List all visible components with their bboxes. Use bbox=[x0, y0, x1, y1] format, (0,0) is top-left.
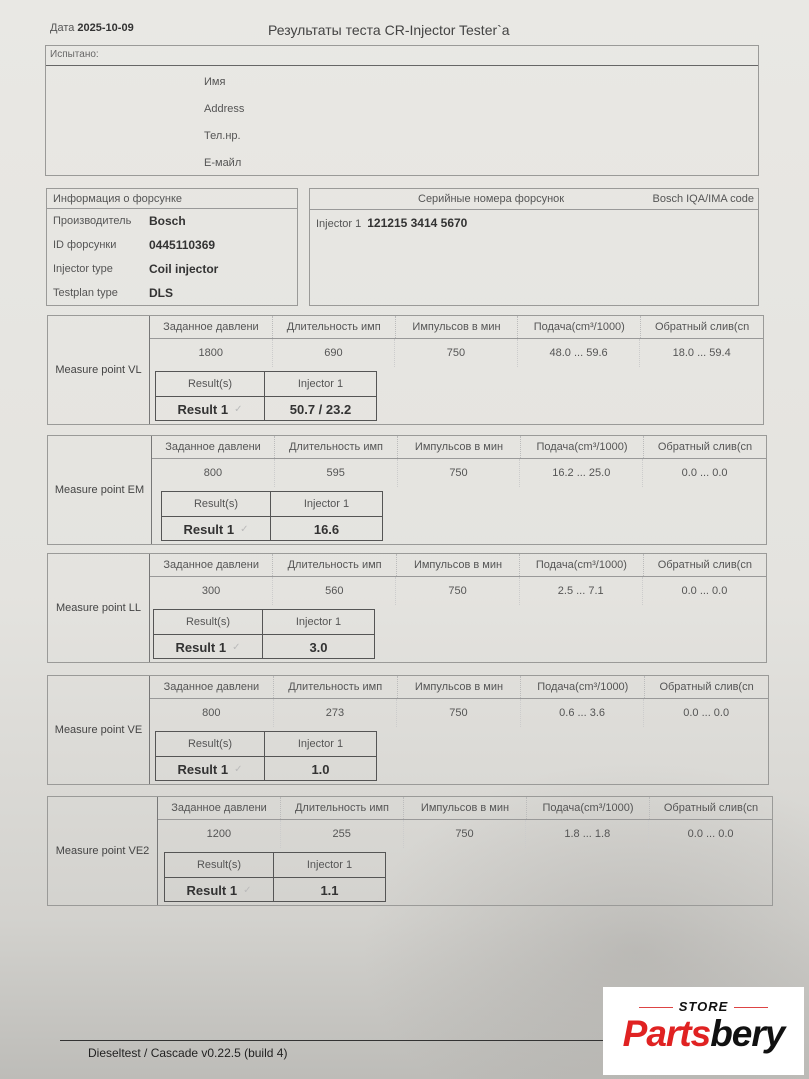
info-value: 0445110369 bbox=[149, 238, 215, 252]
logo-brand-red: Parts bbox=[623, 1013, 711, 1054]
check-icon: ✓ bbox=[243, 885, 251, 896]
result-table: Result(s)Injector 1Result 1✓1.0 bbox=[155, 731, 377, 781]
result-label-cell: Result 1✓ bbox=[162, 517, 271, 541]
value-cell: 800 bbox=[152, 459, 275, 487]
measure-point-name: Measure point VE2 bbox=[48, 797, 158, 905]
value-cell: 1.8 ... 1.8 bbox=[526, 820, 649, 848]
result-header-right: Injector 1 bbox=[265, 372, 376, 396]
value-cell: 0.0 ... 0.0 bbox=[643, 459, 766, 487]
column-header-row: Заданное давлениДлительность импИмпульсо… bbox=[152, 436, 766, 459]
info-value: Bosch bbox=[149, 214, 186, 228]
logo-brand-black: bery bbox=[710, 1013, 784, 1054]
result-header-left: Result(s) bbox=[156, 732, 265, 756]
value-cell: 18.0 ... 59.4 bbox=[640, 339, 763, 367]
value-cell: 255 bbox=[281, 820, 404, 848]
value-row: 180069075048.0 ... 59.618.0 ... 59.4 bbox=[150, 339, 763, 367]
column-header: Подача(cm³/1000) bbox=[521, 436, 644, 458]
partsbery-logo: STORE Partsbery bbox=[603, 987, 804, 1075]
value-cell: 750 bbox=[398, 459, 521, 487]
serials-heading: Серийные номера форсунок Bosch IQA/IMA c… bbox=[310, 189, 758, 210]
report-date: Дата 2025-10-09 bbox=[50, 22, 134, 34]
column-header: Обратный слив(cn bbox=[644, 554, 766, 576]
value-row: 12002557501.8 ... 1.80.0 ... 0.0 bbox=[158, 820, 772, 848]
value-cell: 560 bbox=[273, 577, 396, 605]
column-header-row: Заданное давлениДлительность импИмпульсо… bbox=[150, 554, 766, 577]
value-cell: 750 bbox=[404, 820, 527, 848]
info-value: Coil injector bbox=[149, 262, 218, 276]
value-cell: 595 bbox=[275, 459, 398, 487]
result-table: Result(s)Injector 1Result 1✓16.6 bbox=[161, 491, 383, 541]
result-label: Result 1 bbox=[187, 883, 238, 898]
value-cell: 690 bbox=[273, 339, 396, 367]
result-label: Result 1 bbox=[184, 522, 235, 537]
result-value: 1.0 bbox=[265, 757, 376, 781]
value-row: 8002737500.6 ... 3.60.0 ... 0.0 bbox=[150, 699, 768, 727]
column-header: Импульсов в мин bbox=[398, 436, 521, 458]
column-header: Длительность имп bbox=[274, 676, 398, 698]
test-report-page: Дата 2025-10-09 Результаты теста CR-Inje… bbox=[0, 0, 809, 1079]
logo-brand: Partsbery bbox=[603, 1013, 804, 1055]
measure-point-block: Measure point EMЗаданное давлениДлительн… bbox=[47, 435, 767, 545]
column-header-row: Заданное давлениДлительность импИмпульсо… bbox=[150, 676, 768, 699]
result-header-row: Result(s)Injector 1 bbox=[156, 732, 376, 756]
value-cell: 800 bbox=[150, 699, 274, 727]
measure-point-block: Measure point VLЗаданное давлениДлительн… bbox=[47, 315, 764, 425]
column-header: Подача(cm³/1000) bbox=[518, 316, 641, 338]
measure-point-grid: Заданное давлениДлительность импИмпульсо… bbox=[158, 797, 772, 848]
injector-info-section: Информация о форсунке ПроизводительBosch… bbox=[46, 188, 298, 306]
measure-point-grid: Заданное давлениДлительность импИмпульсо… bbox=[150, 676, 768, 727]
measure-point-block: Measure point VE2Заданное давлениДлитель… bbox=[47, 796, 773, 906]
date-value: 2025-10-09 bbox=[77, 22, 133, 34]
value-cell: 48.0 ... 59.6 bbox=[518, 339, 641, 367]
serials-title: Серийные номера форсунок bbox=[418, 193, 564, 205]
measure-point-name: Measure point VL bbox=[48, 316, 150, 424]
result-header-left: Result(s) bbox=[162, 492, 271, 516]
info-label: ID форсунки bbox=[53, 239, 149, 251]
serials-section: Серийные номера форсунок Bosch IQA/IMA c… bbox=[309, 188, 759, 306]
result-label: Result 1 bbox=[178, 762, 229, 777]
value-cell: 273 bbox=[274, 699, 398, 727]
info-row-type: Injector typeCoil injector bbox=[47, 257, 297, 281]
result-label-cell: Result 1✓ bbox=[165, 878, 274, 902]
result-value-row: Result 1✓1.1 bbox=[165, 877, 385, 902]
iqa-code-title: Bosch IQA/IMA code bbox=[653, 193, 755, 205]
check-icon: ✓ bbox=[240, 524, 248, 535]
value-cell: 16.2 ... 25.0 bbox=[520, 459, 643, 487]
value-cell: 0.0 ... 0.0 bbox=[644, 699, 768, 727]
value-cell: 750 bbox=[395, 339, 518, 367]
column-header: Заданное давлени bbox=[150, 316, 273, 338]
result-table: Result(s)Injector 1Result 1✓1.1 bbox=[164, 852, 386, 902]
result-value: 3.0 bbox=[263, 635, 374, 659]
result-header-right: Injector 1 bbox=[271, 492, 382, 516]
logo-store-text: STORE bbox=[603, 999, 804, 1014]
column-header: Обратный слив(cn bbox=[650, 797, 772, 819]
info-value: DLS bbox=[149, 286, 173, 300]
result-header-left: Result(s) bbox=[165, 853, 274, 877]
info-label: Testplan type bbox=[53, 287, 149, 299]
info-label: Injector type bbox=[53, 263, 149, 275]
measure-point-grid: Заданное давлениДлительность импИмпульсо… bbox=[150, 554, 766, 605]
measure-point-name: Measure point EM bbox=[48, 436, 152, 544]
info-row-testplan: Testplan typeDLS bbox=[47, 281, 297, 305]
column-header: Подача(cm³/1000) bbox=[527, 797, 650, 819]
result-header-right: Injector 1 bbox=[265, 732, 376, 756]
result-value-row: Result 1✓16.6 bbox=[162, 516, 382, 541]
measure-point-name: Measure point LL bbox=[48, 554, 150, 662]
result-label: Result 1 bbox=[176, 640, 227, 655]
tested-fields: Имя Address Тел.нр. E-майл bbox=[204, 76, 244, 184]
injector-info-heading: Информация о форсунке bbox=[47, 189, 297, 209]
column-header: Длительность имп bbox=[281, 797, 404, 819]
column-header: Импульсов в мин bbox=[396, 316, 519, 338]
column-header: Импульсов в мин bbox=[398, 676, 522, 698]
column-header: Обратный слив(cn bbox=[641, 316, 763, 338]
report-title: Результаты теста CR-Injector Tester`a bbox=[268, 22, 510, 38]
tested-section: Испытано: Имя Address Тел.нр. E-майл bbox=[45, 45, 759, 176]
result-header-right: Injector 1 bbox=[274, 853, 385, 877]
measure-point-name: Measure point VE bbox=[48, 676, 150, 784]
value-cell: 0.0 ... 0.0 bbox=[649, 820, 772, 848]
check-icon: ✓ bbox=[234, 404, 242, 415]
info-row-manufacturer: ПроизводительBosch bbox=[47, 209, 297, 233]
date-label: Дата bbox=[50, 22, 74, 34]
measure-point-grid: Заданное давлениДлительность импИмпульсо… bbox=[150, 316, 763, 367]
footer-divider bbox=[60, 1040, 620, 1041]
column-header: Импульсов в мин bbox=[397, 554, 520, 576]
column-header: Заданное давлени bbox=[158, 797, 281, 819]
check-icon: ✓ bbox=[234, 764, 242, 775]
value-cell: 300 bbox=[150, 577, 273, 605]
serial-value: 121215 3414 5670 bbox=[367, 216, 467, 230]
value-row: 80059575016.2 ... 25.00.0 ... 0.0 bbox=[152, 459, 766, 487]
result-label-cell: Result 1✓ bbox=[156, 757, 265, 781]
column-header: Обратный слив(cn bbox=[645, 676, 768, 698]
serial-label: Injector 1 bbox=[316, 218, 361, 230]
result-header-row: Result(s)Injector 1 bbox=[165, 853, 385, 877]
column-header: Обратный слив(cn bbox=[644, 436, 766, 458]
result-header-row: Result(s)Injector 1 bbox=[156, 372, 376, 396]
measure-point-grid: Заданное давлениДлительность импИмпульсо… bbox=[152, 436, 766, 487]
column-header: Длительность имп bbox=[275, 436, 398, 458]
column-header: Заданное давлени bbox=[150, 676, 274, 698]
value-cell: 1800 bbox=[150, 339, 273, 367]
result-header-left: Result(s) bbox=[156, 372, 265, 396]
check-icon: ✓ bbox=[232, 642, 240, 653]
field-name: Имя bbox=[204, 76, 244, 103]
result-value: 1.1 bbox=[274, 878, 385, 902]
result-header-left: Result(s) bbox=[154, 610, 263, 634]
column-header: Длительность имп bbox=[273, 316, 396, 338]
result-header-row: Result(s)Injector 1 bbox=[154, 610, 374, 634]
result-label: Result 1 bbox=[178, 402, 229, 417]
value-cell: 750 bbox=[396, 577, 519, 605]
value-cell: 2.5 ... 7.1 bbox=[520, 577, 643, 605]
column-header-row: Заданное давлениДлительность импИмпульсо… bbox=[150, 316, 763, 339]
value-cell: 0.0 ... 0.0 bbox=[643, 577, 766, 605]
value-cell: 0.6 ... 3.6 bbox=[521, 699, 645, 727]
footer-text: Dieseltest / Cascade v0.22.5 (build 4) bbox=[88, 1046, 287, 1060]
field-email: E-майл bbox=[204, 157, 244, 184]
result-table: Result(s)Injector 1Result 1✓3.0 bbox=[153, 609, 375, 659]
measure-point-block: Measure point LLЗаданное давлениДлительн… bbox=[47, 553, 767, 663]
column-header: Подача(cm³/1000) bbox=[520, 554, 643, 576]
tested-heading: Испытано: bbox=[46, 46, 758, 66]
result-value: 50.7 / 23.2 bbox=[265, 397, 376, 421]
value-cell: 750 bbox=[397, 699, 521, 727]
measure-point-block: Measure point VEЗаданное давлениДлительн… bbox=[47, 675, 769, 785]
result-table: Result(s)Injector 1Result 1✓50.7 / 23.2 bbox=[155, 371, 377, 421]
column-header: Подача(cm³/1000) bbox=[521, 676, 645, 698]
value-row: 3005607502.5 ... 7.10.0 ... 0.0 bbox=[150, 577, 766, 605]
column-header: Импульсов в мин bbox=[404, 797, 527, 819]
value-cell: 1200 bbox=[158, 820, 281, 848]
result-label-cell: Result 1✓ bbox=[154, 635, 263, 659]
result-label-cell: Result 1✓ bbox=[156, 397, 265, 421]
result-value: 16.6 bbox=[271, 517, 382, 541]
result-value-row: Result 1✓50.7 / 23.2 bbox=[156, 396, 376, 421]
result-header-right: Injector 1 bbox=[263, 610, 374, 634]
field-address: Address bbox=[204, 103, 244, 130]
column-header: Заданное давлени bbox=[150, 554, 273, 576]
info-label: Производитель bbox=[53, 215, 149, 227]
column-header-row: Заданное давлениДлительность импИмпульсо… bbox=[158, 797, 772, 820]
result-value-row: Result 1✓1.0 bbox=[156, 756, 376, 781]
result-header-row: Result(s)Injector 1 bbox=[162, 492, 382, 516]
column-header: Заданное давлени bbox=[152, 436, 275, 458]
serial-row: Injector 1121215 3414 5670 bbox=[310, 210, 758, 230]
field-phone: Тел.нр. bbox=[204, 130, 244, 157]
info-row-id: ID форсунки0445110369 bbox=[47, 233, 297, 257]
column-header: Длительность имп bbox=[273, 554, 396, 576]
result-value-row: Result 1✓3.0 bbox=[154, 634, 374, 659]
